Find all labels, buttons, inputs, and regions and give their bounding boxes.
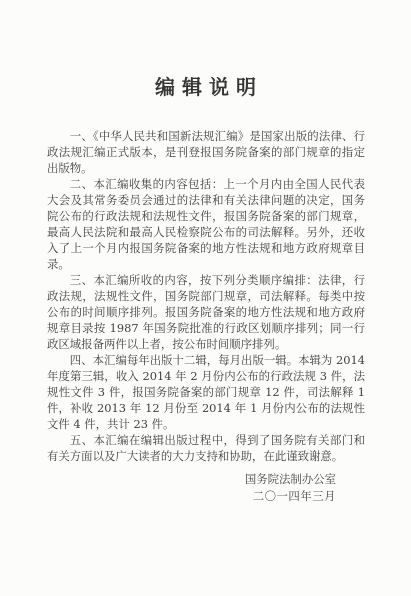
paragraph-4: 四、本汇编每年出版十二辑，每月出版一辑。本辑为 2014 年度第三辑，收入 20… <box>47 352 365 432</box>
paragraph-2: 二、本汇编收集的内容包括：上一个月内由全国人民代表大会及其常务委员会通过的法律和… <box>47 176 365 272</box>
page-title: 编辑说明 <box>0 71 411 100</box>
paragraph-1: 一、《中华人民共和国新法规汇编》是国家出版的法律、行政法规汇编正式版本，是刊登报… <box>47 128 365 176</box>
book-page: 编辑说明 一、《中华人民共和国新法规汇编》是国家出版的法律、行政法规汇编正式版本… <box>0 0 411 596</box>
signature-block: 国务院法制办公室 二〇一四年三月 <box>245 471 336 505</box>
signature-date: 二〇一四年三月 <box>245 488 336 505</box>
editorial-notes-body: 一、《中华人民共和国新法规汇编》是国家出版的法律、行政法规汇编正式版本，是刊登报… <box>47 128 365 464</box>
signature-organization: 国务院法制办公室 <box>245 471 336 488</box>
paragraph-3: 三、本汇编所收的内容，按下列分类顺序编排：法律，行政法规，法规性文件，国务院部门… <box>47 272 365 352</box>
paragraph-5: 五、本汇编在编辑出版过程中，得到了国务院有关部门和有关方面以及广大读者的大力支持… <box>47 432 365 464</box>
